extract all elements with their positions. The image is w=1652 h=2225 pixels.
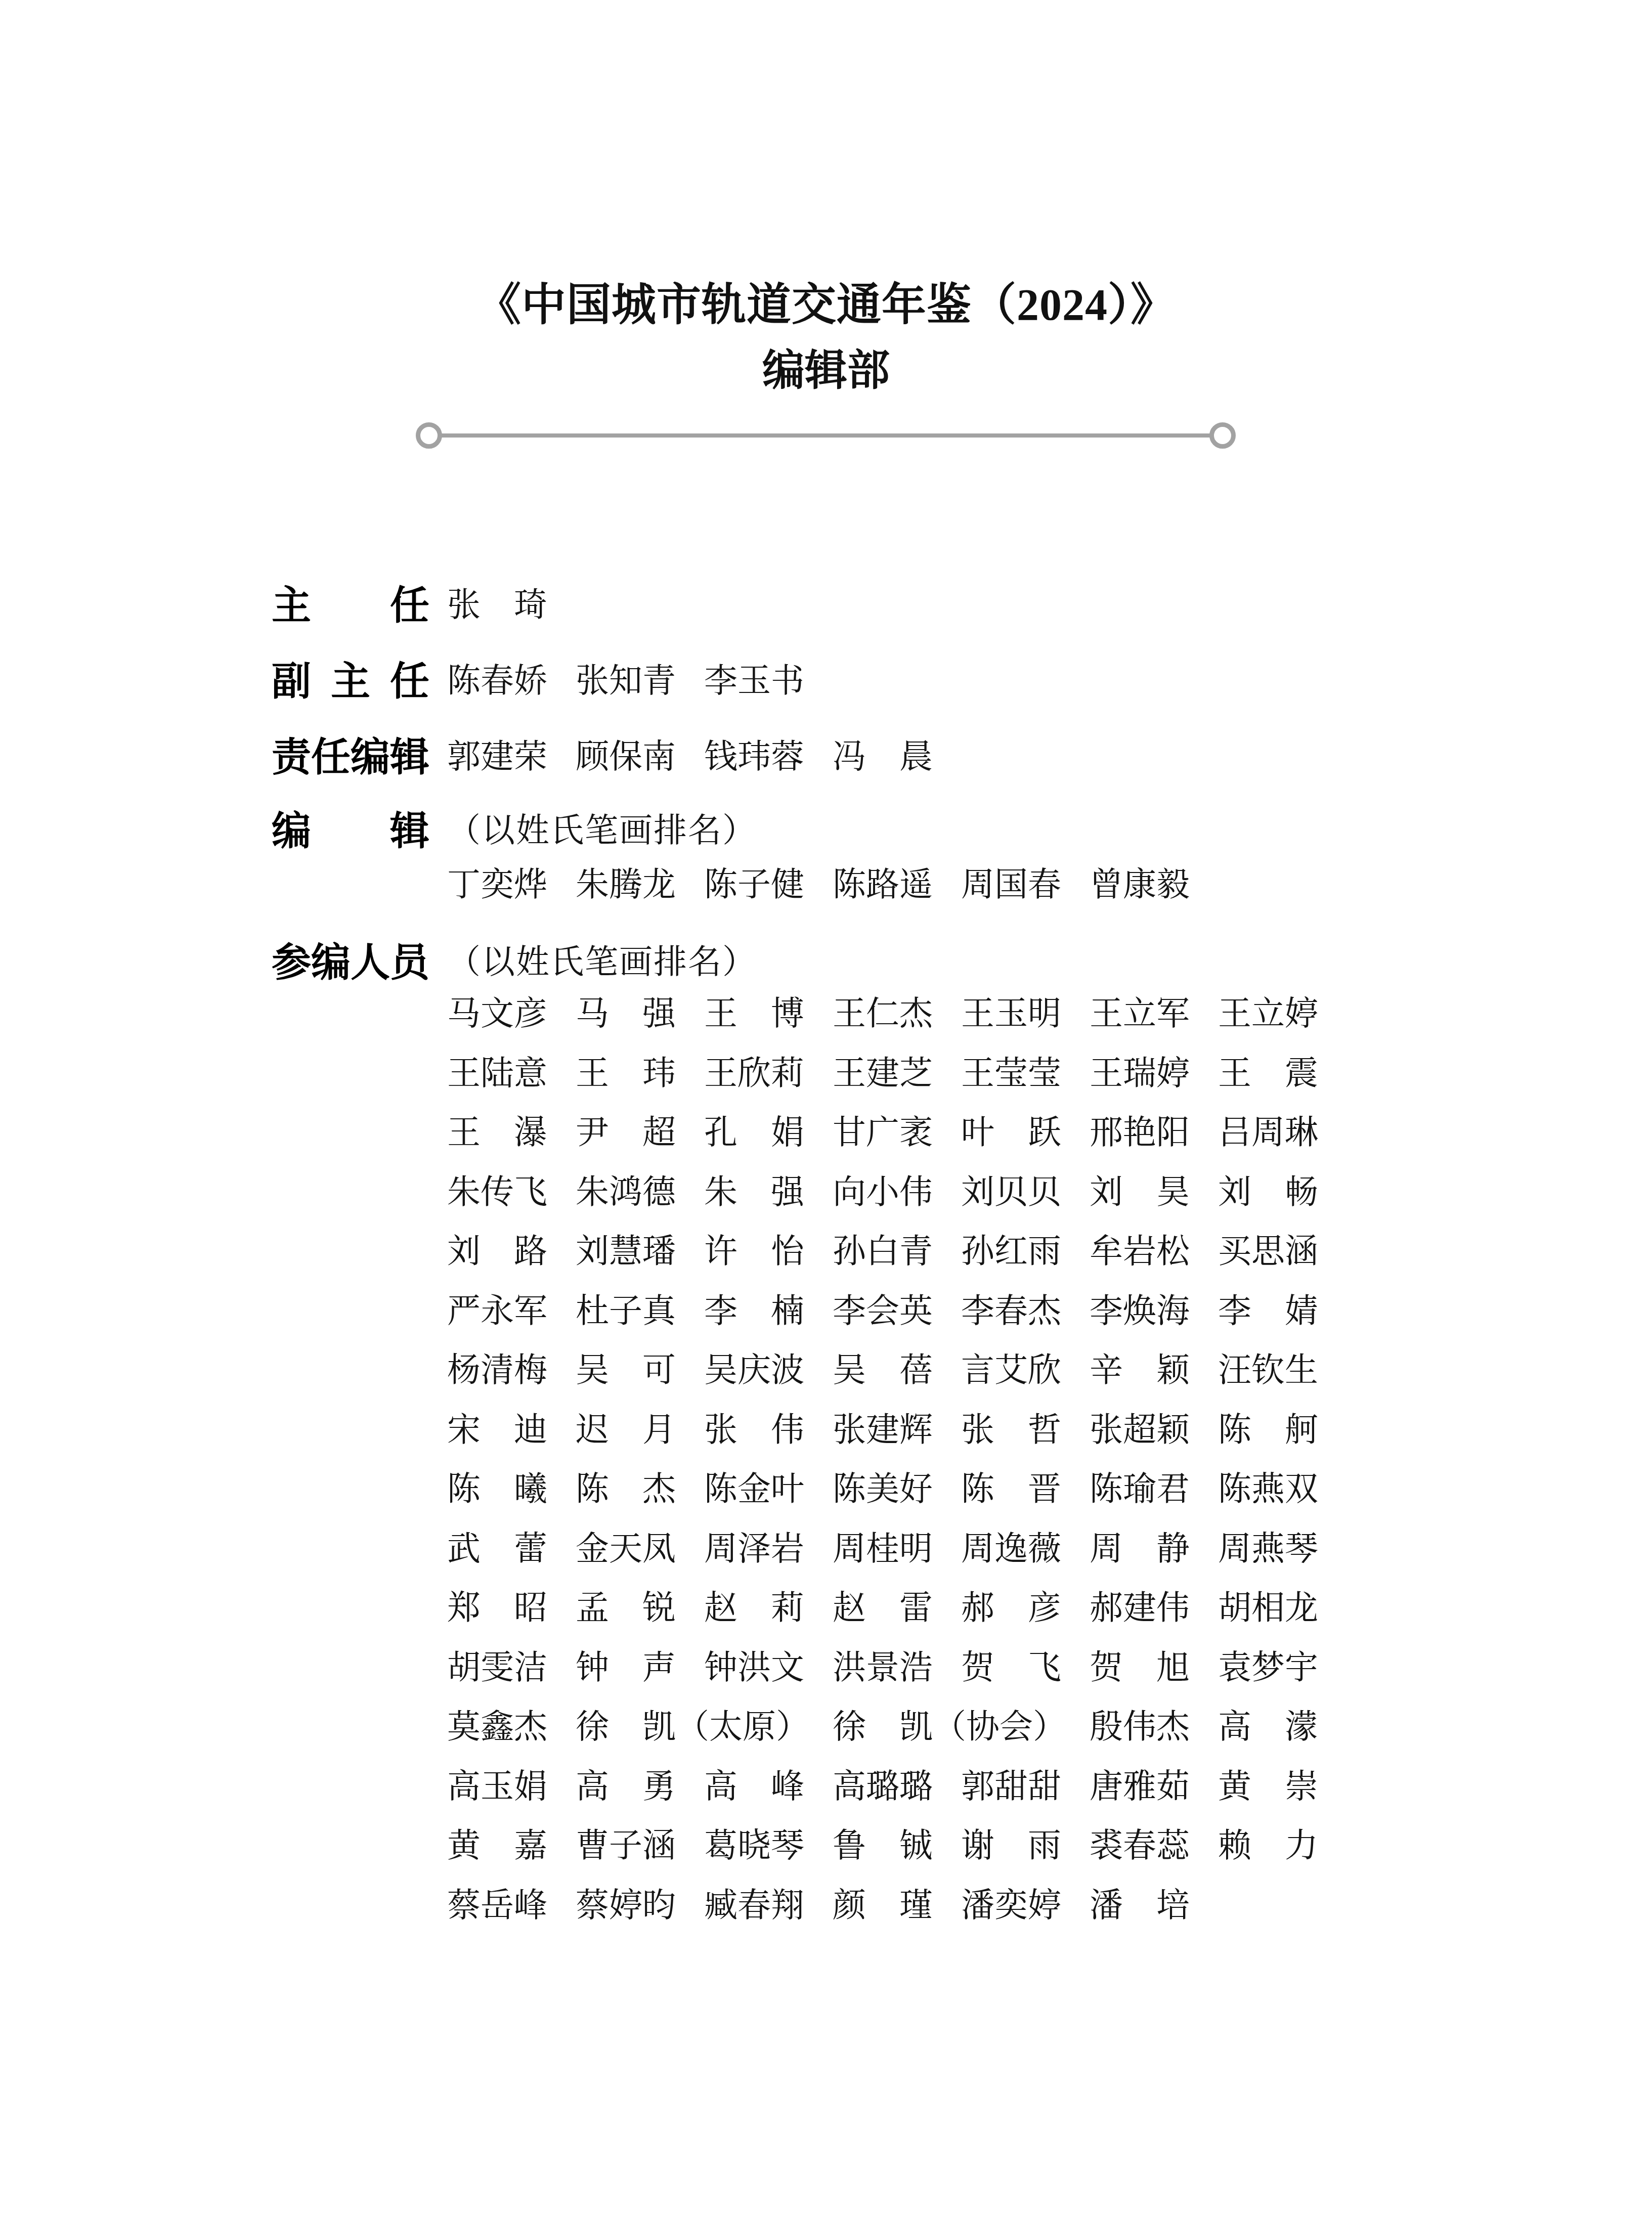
participant-row: 陈曦陈杰陈金叶陈美好陈晋陈瑜君陈燕双 xyxy=(447,1462,1346,1517)
names-list: 陈曦陈杰陈金叶陈美好陈晋陈瑜君陈燕双 xyxy=(447,1473,1346,1506)
participant-row: 刘路刘慧璠许怡孙白青孙红雨牟岩松买思涵 xyxy=(447,1224,1346,1280)
participant-row: 严永军杜子真李楠李会英李春杰李焕海李婧 xyxy=(447,1284,1346,1339)
person-name: 王瀑 xyxy=(447,1116,547,1150)
person-name: 陈春娇 xyxy=(447,665,547,698)
names-list: 马文彦马强王博王仁杰王玉明王立军王立婷 xyxy=(447,997,1346,1031)
person-name: 陈金叶 xyxy=(704,1473,804,1506)
person-name: 吴可 xyxy=(576,1354,676,1387)
role-label: 参编人员 xyxy=(272,943,429,982)
person-name: 朱传飞 xyxy=(447,1176,547,1209)
person-name: 潘奕婷 xyxy=(961,1889,1061,1923)
person-name: 颜瑾 xyxy=(833,1889,933,1923)
section-divider xyxy=(416,422,1236,449)
person-name: 陈路遥 xyxy=(833,868,933,902)
person-name: 吴蓓 xyxy=(833,1354,933,1387)
person-name: 张知青 xyxy=(576,665,676,698)
person-name: 顾保南 xyxy=(576,740,676,774)
participant-row: 宋迪迟月张伟张建辉张哲张超颖陈舸 xyxy=(447,1403,1346,1458)
person-name: 刘路 xyxy=(447,1235,547,1269)
role-label-char: 参 xyxy=(272,943,311,982)
person-name: 赵莉 xyxy=(704,1592,804,1625)
divider-left-circle xyxy=(416,422,442,449)
staff-row: 副主任陈春娇张知青李玉书 xyxy=(272,653,833,709)
person-name: 陈瑜君 xyxy=(1090,1473,1190,1506)
person-name: 周国春 xyxy=(961,868,1061,902)
person-name: 周逸薇 xyxy=(961,1533,1061,1566)
person-name: 黄崇 xyxy=(1218,1770,1318,1804)
person-name: 郑昭 xyxy=(447,1592,547,1625)
person-name: 向小伟 xyxy=(833,1176,933,1209)
person-name: 李焕海 xyxy=(1090,1295,1190,1328)
person-name: 蔡婷昀 xyxy=(576,1889,676,1923)
person-name: 李玉书 xyxy=(704,665,804,698)
role-label-char: 任 xyxy=(390,586,429,625)
person-name: 辛颖 xyxy=(1090,1354,1190,1387)
role-label-char: 主 xyxy=(272,586,311,625)
role-label-char: 编 xyxy=(311,943,351,982)
person-name: 宋迪 xyxy=(447,1414,547,1447)
person-name: 甘广袤 xyxy=(833,1116,933,1150)
person-name: 高峰 xyxy=(704,1770,804,1804)
role-label: 副主任 xyxy=(272,662,429,701)
role-label-char: 责 xyxy=(272,737,311,777)
participant-row: 马文彦马强王博王仁杰王玉明王立军王立婷 xyxy=(447,986,1346,1042)
names-list: 丁奕烨朱腾龙陈子健陈路遥周国春曾康毅 xyxy=(447,868,1218,902)
names-list: 武蕾金天凤周泽岩周桂明周逸薇周静周燕琴 xyxy=(447,1533,1346,1566)
person-name: 郭建荣 xyxy=(447,740,547,774)
names-list: 胡雯洁钟声钟洪文洪景浩贺飞贺旭袁梦宇 xyxy=(447,1651,1346,1685)
names-list: 刘路刘慧璠许怡孙白青孙红雨牟岩松买思涵 xyxy=(447,1235,1346,1269)
person-name: 陈子健 xyxy=(704,868,804,902)
participant-row: 杨清梅吴可吴庆波吴蓓言艾欣辛颖汪钦生 xyxy=(447,1343,1346,1399)
person-name: 刘昊 xyxy=(1090,1176,1190,1209)
names-list: 宋迪迟月张伟张建辉张哲张超颖陈舸 xyxy=(447,1414,1346,1447)
role-label-char: 辑 xyxy=(390,737,429,777)
person-name: 王欣莉 xyxy=(704,1057,804,1090)
staff-names-row: 丁奕烨朱腾龙陈子健陈路遥周国春曾康毅 xyxy=(447,857,1218,913)
staff-row: 责任编辑郭建荣顾保南钱玮蓉冯晨 xyxy=(272,729,961,785)
page-title: 《中国城市轨道交通年鉴（2024）》 xyxy=(0,281,1652,330)
person-name: 王博 xyxy=(704,997,804,1031)
person-name: 贺旭 xyxy=(1090,1651,1190,1685)
person-name: 孔娟 xyxy=(704,1116,804,1150)
person-name: 郭甜甜 xyxy=(961,1770,1061,1804)
person-name: 郝建伟 xyxy=(1090,1592,1190,1625)
person-name: 张建辉 xyxy=(833,1414,933,1447)
person-name: 孙红雨 xyxy=(961,1235,1061,1269)
names-list: 朱传飞朱鸿德朱强向小伟刘贝贝刘昊刘畅 xyxy=(447,1176,1346,1209)
participant-row: 朱传飞朱鸿德朱强向小伟刘贝贝刘昊刘畅 xyxy=(447,1165,1346,1220)
person-name: 洪景浩 xyxy=(833,1651,933,1685)
person-name: 高濛 xyxy=(1218,1711,1318,1744)
person-name: 高勇 xyxy=(576,1770,676,1804)
staff-row: 编辑（以姓氏笔画排名） xyxy=(272,803,757,859)
person-name: 陈晋 xyxy=(961,1473,1061,1506)
person-name: 孙白青 xyxy=(833,1235,933,1269)
person-name: 王瑞婷 xyxy=(1090,1057,1190,1090)
person-name: 徐凯（协会） xyxy=(833,1711,1061,1744)
person-name: 买思涵 xyxy=(1218,1235,1318,1269)
person-name: 钟洪文 xyxy=(704,1651,804,1685)
person-name: 张哲 xyxy=(961,1414,1061,1447)
person-name: 朱鸿德 xyxy=(576,1176,676,1209)
participant-row: 王瀑尹超孔娟甘广袤叶跃邢艳阳吕周琳 xyxy=(447,1105,1346,1161)
page-subtitle: 编辑部 xyxy=(0,348,1652,395)
person-name: 张琦 xyxy=(447,589,547,622)
person-name: 汪钦生 xyxy=(1218,1354,1318,1387)
names-list: 杨清梅吴可吴庆波吴蓓言艾欣辛颖汪钦生 xyxy=(447,1354,1346,1387)
names-list: 陈春娇张知青李玉书 xyxy=(447,665,833,698)
person-name: 严永军 xyxy=(447,1295,547,1328)
person-name: 马强 xyxy=(576,997,676,1031)
person-name-annotation: （太原） xyxy=(676,1711,809,1744)
person-name: 陈舸 xyxy=(1218,1414,1318,1447)
role-label-char: 员 xyxy=(390,943,429,982)
role-label-char: 编 xyxy=(351,737,390,777)
person-name: 徐凯（太原） xyxy=(576,1711,804,1744)
person-name: 莫鑫杰 xyxy=(447,1711,547,1744)
names-list: 郑昭孟锐赵莉赵雷郝彦郝建伟胡相龙 xyxy=(447,1592,1346,1625)
person-name: 周桂明 xyxy=(833,1533,933,1566)
names-list: 郭建荣顾保南钱玮蓉冯晨 xyxy=(447,740,961,774)
person-name: 王立婷 xyxy=(1218,997,1318,1031)
person-name: 武蕾 xyxy=(447,1533,547,1566)
participant-row: 郑昭孟锐赵莉赵雷郝彦郝建伟胡相龙 xyxy=(447,1581,1346,1636)
person-name: 王陆意 xyxy=(447,1057,547,1090)
person-name-annotation: （协会） xyxy=(933,1711,1066,1744)
participants-label-row: 参编人员（以姓氏笔画排名） xyxy=(272,935,757,990)
person-name: 陈美好 xyxy=(833,1473,933,1506)
role-label-char: 编 xyxy=(272,811,311,851)
person-name: 钟声 xyxy=(576,1651,676,1685)
person-name: 李楠 xyxy=(704,1295,804,1328)
person-name: 赵雷 xyxy=(833,1592,933,1625)
person-name: 王建芝 xyxy=(833,1057,933,1090)
person-name: 李会英 xyxy=(833,1295,933,1328)
names-list: 严永军杜子真李楠李会英李春杰李焕海李婧 xyxy=(447,1295,1346,1328)
person-name: 袁梦宇 xyxy=(1218,1651,1318,1685)
participant-row: 武蕾金天凤周泽岩周桂明周逸薇周静周燕琴 xyxy=(447,1521,1346,1577)
role-label: 主任 xyxy=(272,586,429,625)
person-name: 钱玮蓉 xyxy=(704,740,804,774)
person-name: 高璐璐 xyxy=(833,1770,933,1804)
person-name: 唐雅茹 xyxy=(1090,1770,1190,1804)
person-name: 牟岩松 xyxy=(1090,1235,1190,1269)
person-name: 胡相龙 xyxy=(1218,1592,1318,1625)
person-name: 丁奕烨 xyxy=(447,868,547,902)
person-name: 殷伟杰 xyxy=(1090,1711,1190,1744)
person-name: 王仁杰 xyxy=(833,997,933,1031)
person-name: 尹超 xyxy=(576,1116,676,1150)
person-name: 冯晨 xyxy=(833,740,933,774)
person-name: 孟锐 xyxy=(576,1592,676,1625)
sort-order-note: （以姓氏笔画排名） xyxy=(447,814,757,848)
person-name: 高玉娟 xyxy=(447,1770,547,1804)
names-list: 黄嘉曹子涵葛晓琴鲁铖谢雨裘春蕊赖力 xyxy=(447,1829,1346,1863)
role-label-char: 人 xyxy=(351,943,390,982)
person-name: 胡雯洁 xyxy=(447,1651,547,1685)
person-name: 陈杰 xyxy=(576,1473,676,1506)
participant-row: 蔡岳峰蔡婷昀臧春翔颜瑾潘奕婷潘培 xyxy=(447,1878,1218,1934)
person-name: 杜子真 xyxy=(576,1295,676,1328)
participant-row: 高玉娟高勇高峰高璐璐郭甜甜唐雅茹黄崇 xyxy=(447,1759,1346,1815)
person-name: 潘培 xyxy=(1090,1889,1190,1923)
names-list: 莫鑫杰徐凯（太原）徐凯（协会）殷伟杰高濛 xyxy=(447,1711,1346,1744)
participant-row: 黄嘉曹子涵葛晓琴鲁铖谢雨裘春蕊赖力 xyxy=(447,1818,1346,1874)
divider-line xyxy=(441,433,1210,438)
person-name: 王震 xyxy=(1218,1057,1318,1090)
staff-row: 主任张琦 xyxy=(272,578,576,633)
person-name: 黄嘉 xyxy=(447,1829,547,1863)
role-label-char: 任 xyxy=(311,737,351,777)
person-name: 王玉明 xyxy=(961,997,1061,1031)
person-name: 叶跃 xyxy=(961,1116,1061,1150)
person-name: 裘春蕊 xyxy=(1090,1829,1190,1863)
person-name: 贺飞 xyxy=(961,1651,1061,1685)
person-name: 王立军 xyxy=(1090,997,1190,1031)
person-name: 周泽岩 xyxy=(704,1533,804,1566)
role-label-char: 副 xyxy=(272,662,311,701)
role-label-char: 主 xyxy=(331,662,370,701)
person-name: 吴庆波 xyxy=(704,1354,804,1387)
editorial-page: 《中国城市轨道交通年鉴（2024）》 编辑部 主任张琦副主任陈春娇张知青李玉书责… xyxy=(0,0,1652,2225)
person-name: 王玮 xyxy=(576,1057,676,1090)
person-name: 臧春翔 xyxy=(704,1889,804,1923)
divider-right-circle xyxy=(1209,422,1236,449)
person-name: 陈曦 xyxy=(447,1473,547,1506)
person-name: 刘贝贝 xyxy=(961,1176,1061,1209)
person-name: 迟月 xyxy=(576,1414,676,1447)
person-name: 李婧 xyxy=(1218,1295,1318,1328)
sort-order-note: （以姓氏笔画排名） xyxy=(447,946,757,979)
names-list: 王瀑尹超孔娟甘广袤叶跃邢艳阳吕周琳 xyxy=(447,1116,1346,1150)
person-name: 吕周琳 xyxy=(1218,1116,1318,1150)
person-name: 许怡 xyxy=(704,1235,804,1269)
person-name: 言艾欣 xyxy=(961,1354,1061,1387)
person-name: 周静 xyxy=(1090,1533,1190,1566)
person-name: 赖力 xyxy=(1218,1829,1318,1863)
person-name: 张伟 xyxy=(704,1414,804,1447)
role-label: 编辑 xyxy=(272,811,429,851)
person-name: 周燕琴 xyxy=(1218,1533,1318,1566)
names-list: 张琦 xyxy=(447,589,576,622)
names-list: 王陆意王玮王欣莉王建芝王莹莹王瑞婷王震 xyxy=(447,1057,1346,1090)
names-list: 蔡岳峰蔡婷昀臧春翔颜瑾潘奕婷潘培 xyxy=(447,1889,1218,1923)
person-name: 马文彦 xyxy=(447,997,547,1031)
person-name: 李春杰 xyxy=(961,1295,1061,1328)
person-name: 朱腾龙 xyxy=(576,868,676,902)
participant-row: 王陆意王玮王欣莉王建芝王莹莹王瑞婷王震 xyxy=(447,1046,1346,1102)
role-label: 责任编辑 xyxy=(272,737,429,777)
person-name: 蔡岳峰 xyxy=(447,1889,547,1923)
person-name: 曹子涵 xyxy=(576,1829,676,1863)
person-name: 曾康毅 xyxy=(1090,868,1190,902)
person-name: 鲁铖 xyxy=(833,1829,933,1863)
person-name: 金天凤 xyxy=(576,1533,676,1566)
person-name: 葛晓琴 xyxy=(704,1829,804,1863)
names-list: 高玉娟高勇高峰高璐璐郭甜甜唐雅茹黄崇 xyxy=(447,1770,1346,1804)
role-label-char: 任 xyxy=(390,662,429,701)
person-name: 张超颖 xyxy=(1090,1414,1190,1447)
participant-row: 胡雯洁钟声钟洪文洪景浩贺飞贺旭袁梦宇 xyxy=(447,1640,1346,1696)
person-name: 陈燕双 xyxy=(1218,1473,1318,1506)
person-name: 刘慧璠 xyxy=(576,1235,676,1269)
person-name: 杨清梅 xyxy=(447,1354,547,1387)
person-name: 邢艳阳 xyxy=(1090,1116,1190,1150)
person-name: 谢雨 xyxy=(961,1829,1061,1863)
person-name: 朱强 xyxy=(704,1176,804,1209)
person-name: 郝彦 xyxy=(961,1592,1061,1625)
person-name: 刘畅 xyxy=(1218,1176,1318,1209)
role-label-char: 辑 xyxy=(390,811,429,851)
participant-row: 莫鑫杰徐凯（太原）徐凯（协会）殷伟杰高濛 xyxy=(447,1699,1346,1755)
person-name: 王莹莹 xyxy=(961,1057,1061,1090)
